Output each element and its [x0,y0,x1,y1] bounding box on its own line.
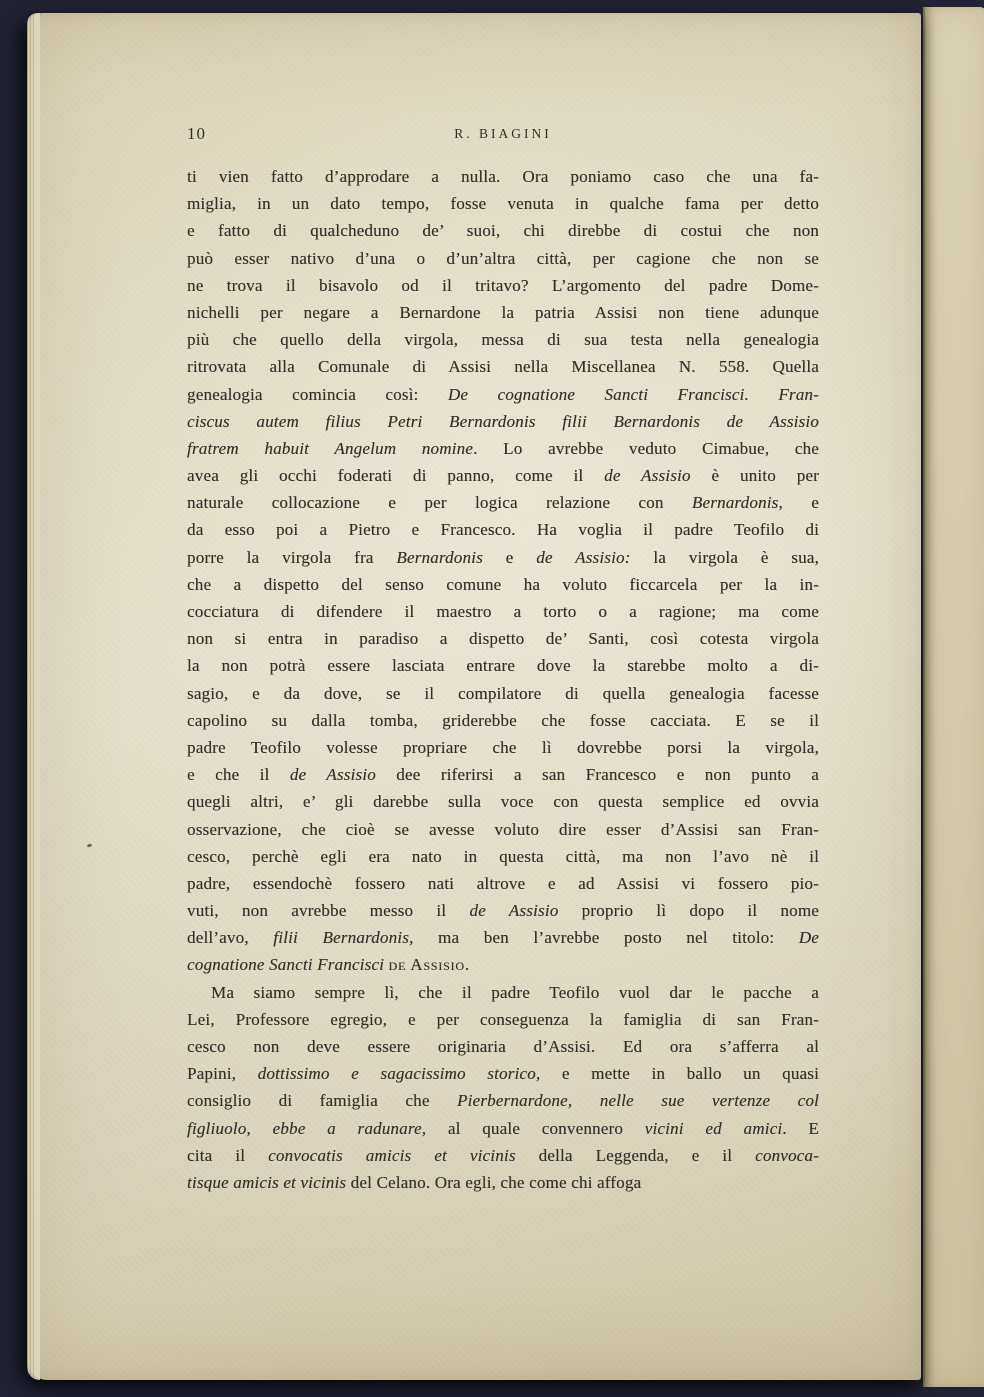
text-segment: cesco non deve essere originaria d’Assis… [187,1037,819,1056]
running-header: R. BIAGINI [187,123,819,142]
text-line: osservazione, che cioè se avesse voluto … [187,816,819,843]
text-segment: Papini, [187,1064,258,1083]
italic-text-segment: vicini ed amici [645,1119,783,1138]
text-line: miglia, in un dato tempo, fosse venuta i… [187,190,819,217]
text-segment: e fatto di qualcheduno de’ suoi, chi dir… [187,221,819,240]
text-segment: consiglio di famiglia che [187,1091,457,1110]
italic-text-segment: de Assisio [469,901,558,920]
text-segment: ti vien fatto d’approdare a nulla. Ora p… [187,167,819,186]
text-segment: al quale convennero [426,1119,645,1138]
text-line: da esso poi a Pietro e Francesco. Ha vog… [187,516,819,543]
text-segment: che a dispetto del senso comune ha volut… [187,575,819,594]
text-line: consiglio di famiglia che Pierbernardone… [187,1087,819,1114]
page-header: 10 R. BIAGINI [187,123,819,147]
italic-text-segment: tisque amicis et vicinis [187,1173,346,1192]
book-page: 10 R. BIAGINI ti vien fatto d’approdare … [27,13,921,1380]
text-line: capolino su dalla tomba, griderebbe che … [187,707,819,734]
text-segment: proprio lì dopo il nome [558,901,819,920]
text-segment: capolino su dalla tomba, griderebbe che … [187,711,819,730]
text-line: tisque amicis et vicinis del Celano. Ora… [187,1169,819,1196]
text-line: e fatto di qualcheduno de’ suoi, chi dir… [187,217,819,244]
italic-text-segment: convocatis amicis et vicinis [268,1146,516,1165]
text-line: figliuolo, ebbe a radunare, al quale con… [187,1115,819,1142]
italic-text-segment: Bernardonis, [692,493,783,512]
text-line: padre Teofilo volesse propriare che lì d… [187,734,819,761]
page-number: 10 [187,124,206,144]
text-segment: ma ben l’avrebbe posto nel titolo: [413,928,798,947]
text-line: cognatione Sancti Francisci de Assisio. [187,951,819,978]
italic-text-segment: cognatione Sancti Francisci [187,955,384,974]
photo-background: 10 R. BIAGINI ti vien fatto d’approdare … [0,0,984,1397]
text-segment: naturale collocazione e per logica relaz… [187,493,692,512]
text-line: padre, essendochè fossero nati altrove e… [187,870,819,897]
italic-text-segment: dottissimo e sagacissimo storico, [258,1064,541,1083]
text-line: naturale collocazione e per logica relaz… [187,489,819,516]
text-line: genealogia comincia così: De cognatione … [187,381,819,408]
text-segment: ne trova il bisavolo od il tritavo? L’ar… [187,276,819,295]
text-segment: la virgola è sua, [631,548,819,567]
smallcaps-text-segment: de Assisio [389,955,465,974]
text-segment: cita il [187,1146,268,1165]
text-line: vuti, non avrebbe messo il de Assisio pr… [187,897,819,924]
text-line: Papini, dottissimo e sagacissimo storico… [187,1060,819,1087]
text-segment: può esser nativo d’una o d’un’altra citt… [187,249,819,268]
italic-text-segment: de Assisio: [536,548,630,567]
italic-text-segment: figliuolo, ebbe a radunare, [187,1119,426,1138]
ink-speck [87,843,93,847]
text-segment: . Lo avrebbe veduto Cimabue, che [473,439,819,458]
text-line: cocciatura di difendere il maestro a tor… [187,598,819,625]
text-line: porre la virgola fra Bernardonis e de As… [187,544,819,571]
text-segment: miglia, in un dato tempo, fosse venuta i… [187,194,819,213]
italic-text-segment: de Assisio [604,466,691,485]
text-segment: quegli altri, e’ gli darebbe sulla voce … [187,792,819,811]
text-line: sagio, e da dove, se il compilatore di q… [187,680,819,707]
facing-page-edge [923,7,984,1387]
italic-text-segment: filii Bernardonis, [273,928,413,947]
text-line: quegli altri, e’ gli darebbe sulla voce … [187,788,819,815]
italic-text-segment: De [799,928,819,947]
text-segment: padre, essendochè fossero nati altrove e… [187,874,819,893]
text-segment: della Leggenda, e il [516,1146,755,1165]
text-line: avea gli occhi foderati di panno, come i… [187,462,819,489]
italic-text-segment: De cognatione Sancti Francisci. Fran- [448,385,819,404]
text-segment: e che il [187,765,290,784]
text-line: Lei, Professore egregio, e per conseguen… [187,1006,819,1033]
text-segment: vuti, non avrebbe messo il [187,901,469,920]
page-stack-edge [27,13,40,1380]
text-line: cesco non deve essere originaria d’Assis… [187,1033,819,1060]
text-segment: dee riferirsi a san Francesco e non punt… [376,765,819,784]
text-segment: e mette in ballo un quasi [540,1064,819,1083]
text-segment: e [483,548,536,567]
text-segment: cesco, perchè egli era nato in questa ci… [187,847,819,866]
text-line: fratrem habuit Angelum nomine. Lo avrebb… [187,435,819,462]
text-segment: sagio, e da dove, se il compilatore di q… [187,684,819,703]
text-line: più che quello della virgola, messa di s… [187,326,819,353]
text-block: ti vien fatto d’approdare a nulla. Ora p… [187,163,819,1196]
text-line: ritrovata alla Comunale di Assisi nella … [187,353,819,380]
text-segment: padre Teofilo volesse propriare che lì d… [187,738,819,757]
text-line: la non potrà essere lasciata entrare dov… [187,652,819,679]
italic-text-segment: Pierbernardone, nelle sue vertenze col [457,1091,819,1110]
text-line: che a dispetto del senso comune ha volut… [187,571,819,598]
italic-text-segment: fratrem habuit Angelum nomine [187,439,473,458]
text-segment: Lei, Professore egregio, e per conseguen… [187,1010,819,1029]
text-line: e che il de Assisio dee riferirsi a san … [187,761,819,788]
italic-text-segment: ciscus autem filius Petri Bernardonis fi… [187,412,819,431]
text-segment: non si entra in paradiso a dispetto de’ … [187,629,819,648]
text-line: non si entra in paradiso a dispetto de’ … [187,625,819,652]
text-segment: da esso poi a Pietro e Francesco. Ha vog… [187,520,819,539]
text-line: ciscus autem filius Petri Bernardonis fi… [187,408,819,435]
text-segment: genealogia comincia così: [187,385,448,404]
text-line: ti vien fatto d’approdare a nulla. Ora p… [187,163,819,190]
italic-text-segment: convoca- [755,1146,819,1165]
text-line: cesco, perchè egli era nato in questa ci… [187,843,819,870]
text-segment: la non potrà essere lasciata entrare dov… [187,656,819,675]
text-segment: più che quello della virgola, messa di s… [187,330,819,349]
text-segment: cocciatura di difendere il maestro a tor… [187,602,819,621]
text-segment: avea gli occhi foderati di panno, come i… [187,466,604,485]
text-segment: Ma siamo sempre lì, che il padre Teofilo… [211,983,819,1002]
italic-text-segment: de Assisio [290,765,376,784]
text-segment: è unito per [691,466,819,485]
text-segment: dell’avo, [187,928,273,947]
italic-text-segment: Bernardonis [396,548,483,567]
text-line: può esser nativo d’una o d’un’altra citt… [187,245,819,272]
text-line: ne trova il bisavolo od il tritavo? L’ar… [187,272,819,299]
text-segment: . [465,955,469,974]
text-segment: nichelli per negare a Bernardone la patr… [187,303,819,322]
text-line: dell’avo, filii Bernardonis, ma ben l’av… [187,924,819,951]
text-segment: porre la virgola fra [187,548,396,567]
text-line: cita il convocatis amicis et vicinis del… [187,1142,819,1169]
text-segment: e [783,493,819,512]
text-segment: . E [782,1119,819,1138]
text-line: Ma siamo sempre lì, che il padre Teofilo… [187,979,819,1006]
text-line: nichelli per negare a Bernardone la patr… [187,299,819,326]
text-segment: osservazione, che cioè se avesse voluto … [187,820,819,839]
text-segment: del Celano. Ora egli, che come chi affog… [346,1173,641,1192]
text-segment: ritrovata alla Comunale di Assisi nella … [187,357,819,376]
